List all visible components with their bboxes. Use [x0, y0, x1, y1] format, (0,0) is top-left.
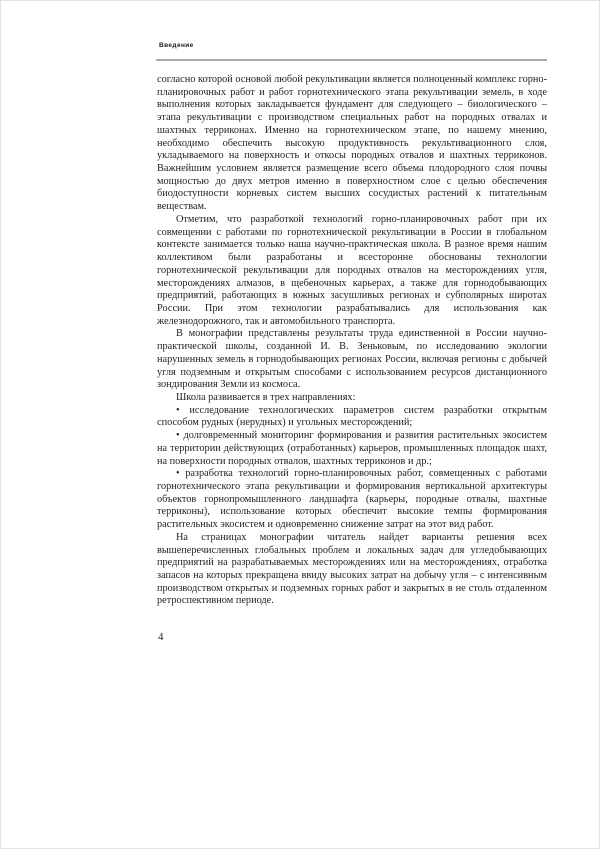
bullet-text: долговременный мониторинг формирования и… — [157, 430, 547, 466]
paragraph: В монографии представлены результаты тру… — [157, 328, 547, 392]
running-header: Введение — [159, 42, 194, 49]
bullet-text: разработка технологий горно-планировочны… — [157, 468, 547, 530]
bullet-item: • исследование технологических параметро… — [157, 405, 547, 430]
paragraph: На страницах монографии читатель найдет … — [157, 532, 547, 608]
bullet-icon: • — [176, 405, 180, 416]
document-page: Введение согласно которой основой любой … — [0, 0, 600, 849]
page-number: 4 — [158, 631, 164, 643]
bullet-icon: • — [176, 430, 180, 441]
paragraph: Отметим, что разработкой технологий горн… — [157, 214, 547, 328]
paragraph: Школа развивается в трех направлениях: — [157, 392, 547, 405]
page-body: согласно которой основой любой рекультив… — [157, 74, 547, 608]
paragraph: согласно которой основой любой рекультив… — [157, 74, 547, 214]
header-divider — [156, 59, 547, 61]
bullet-item: • долговременный мониторинг формирования… — [157, 430, 547, 468]
bullet-icon: • — [176, 468, 180, 479]
bullet-item: • разработка технологий горно-планировоч… — [157, 468, 547, 532]
bullet-text: исследование технологических параметров … — [157, 405, 547, 429]
